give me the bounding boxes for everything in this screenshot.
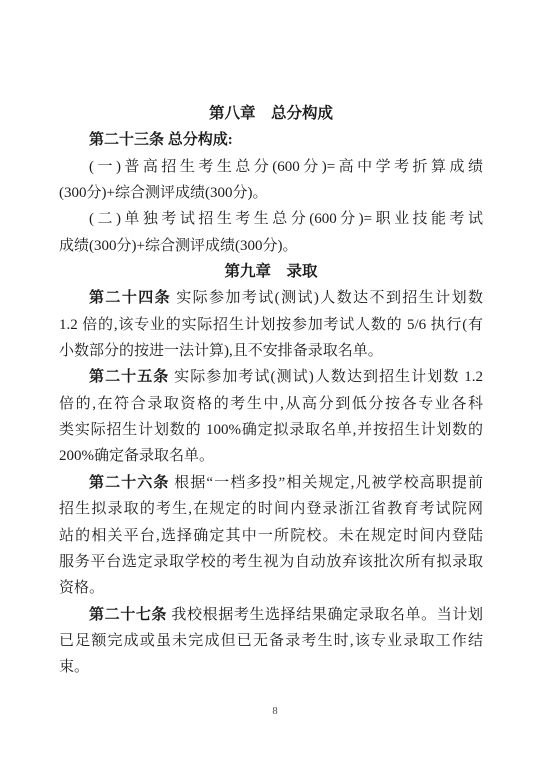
page-number: 8 (0, 706, 550, 717)
article-26-line-3: 站的相关平台,选择确定其中一所院校。未在规定时间内登陆 (59, 523, 483, 549)
article-23-item-2-line-2: 成绩(300分)+综合测评成绩(300分)。 (59, 233, 483, 259)
article-26-line-1: 第二十六条 根据“一档多投”相关规定,凡被学校高职提前 (59, 470, 483, 496)
article-27-number: 第二十七条 (89, 607, 167, 623)
chapter-8-heading: 第八章 总分构成 (59, 101, 483, 127)
article-23-item-2-line-1: (二)单独考试招生考生总分(600分)=职业技能考试 (59, 206, 483, 232)
article-26-line-2: 招生拟录取的考生,在规定的时间内登录浙江省教育考试院网 (59, 496, 483, 522)
article-27-line-1: 第二十七条 我校根据考生选择结果确定录取名单。当计划 (59, 602, 483, 628)
article-25-line-3: 类实际招生计划数的 100%确定拟录取名单,并按招生计划数的 (59, 417, 483, 443)
chapter-9-heading: 第九章 录取 (59, 259, 483, 285)
article-23-item-1-line-1: (一)普高招生考生总分(600分)=高中学考折算成绩 (59, 154, 483, 180)
article-26-line-5: 资格。 (59, 575, 483, 601)
article-27-line-2: 已足额完成或虽未完成但已无备录考生时,该专业录取工作结 (59, 628, 483, 654)
chapter-8-title: 第八章 总分构成 (209, 105, 333, 122)
article-26-line-4: 服务平台选定录取学校的考生视为自动放弃该批次所有拟录取 (59, 549, 483, 575)
article-23-number: 第二十三条 总分构成: (89, 132, 233, 148)
article-25-line-2: 倍的,在符合录取资格的考生中,从高分到低分按各专业各科 (59, 391, 483, 417)
document-page: 第八章 总分构成 第二十三条 总分构成: (一)普高招生考生总分(600分)=高… (0, 0, 550, 778)
article-24-number: 第二十四条 (89, 290, 171, 306)
article-24-line-1: 第二十四条 实际参加考试(测试)人数达不到招生计划数 (59, 285, 483, 311)
article-23-item-1-line-2: (300分)+综合测评成绩(300分)。 (59, 180, 483, 206)
article-25-line-4: 200%确定备录取名单。 (59, 443, 483, 469)
article-24-line-2: 1.2 倍的,该专业的实际招生计划按参加考试人数的 5/6 执行(有 (59, 312, 483, 338)
article-24-line-3: 小数部分的按进一法计算),且不安排备录取名单。 (59, 338, 483, 364)
article-25-number: 第二十五条 (89, 369, 169, 385)
article-23-heading: 第二十三条 总分构成: (59, 127, 483, 153)
article-26-number: 第二十六条 (89, 475, 169, 491)
article-27-line-3: 束。 (59, 654, 483, 680)
article-25-line-1: 第二十五条 实际参加考试(测试)人数达到招生计划数 1.2 (59, 364, 483, 390)
chapter-9-title: 第九章 录取 (224, 263, 317, 280)
document-body: 第八章 总分构成 第二十三条 总分构成: (一)普高招生考生总分(600分)=高… (59, 101, 483, 681)
